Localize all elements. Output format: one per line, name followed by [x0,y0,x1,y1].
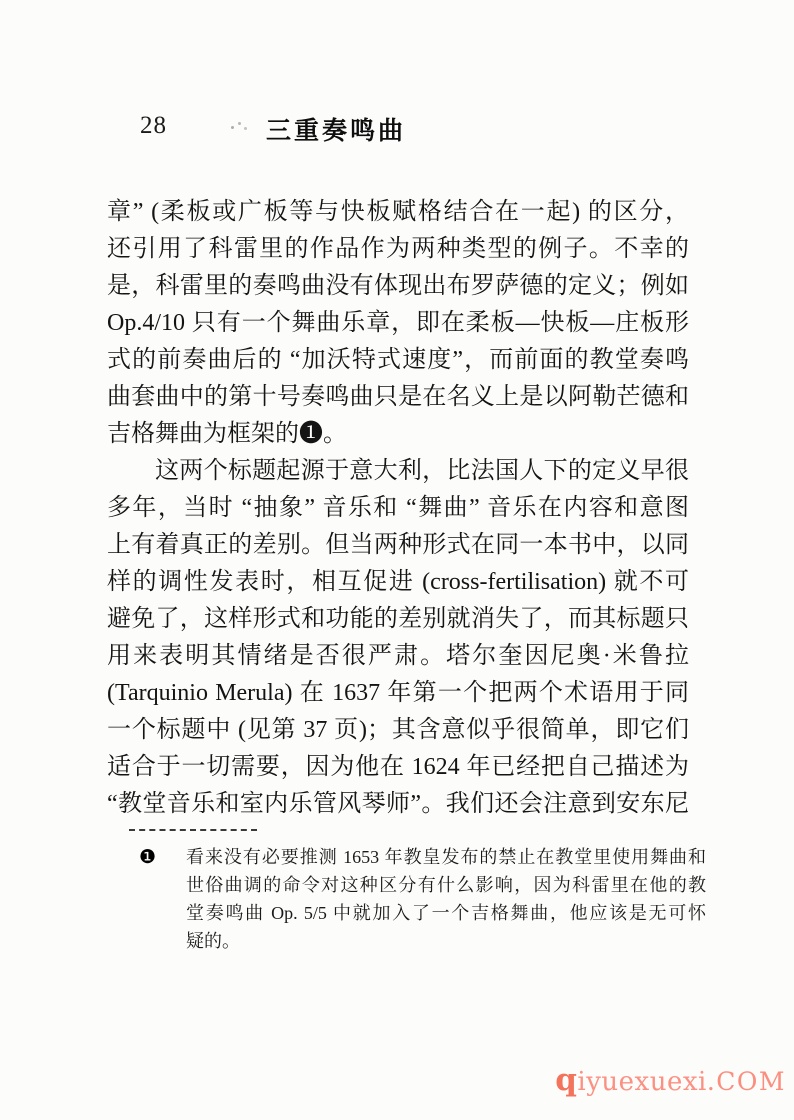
footnote-text: 看来没有必要推测 1653 年教皇发布的禁止在教堂里使用舞曲和 世俗曲调的命令对… [186,843,706,955]
text-line: 还引用了科雷里的作品作为两种类型的例子。不幸的 [107,231,689,268]
text-line: 式的前奏曲后的 “加沃特式速度”，而前面的教堂奏鸣 [107,342,689,379]
text-line: 是，科雷里的奏鸣曲没有体现出布罗萨德的定义；例如 [107,268,689,305]
paragraph-2: 这两个标题起源于意大利，比法国人下的定义早很 多年，当时 “抽象” 音乐和 “舞… [107,453,689,823]
watermark-initial: q [555,1062,577,1098]
footnote-line: 疑的。 [186,927,706,955]
footnote-separator [129,829,257,831]
paragraph-1: 章” (柔板或广板等与快板赋格结合在一起) 的区分， 还引用了科雷里的作品作为两… [107,194,689,453]
text-line: 多年，当时 “抽象” 音乐和 “舞曲” 音乐在内容和意图 [107,490,689,527]
text-line: 上有着真正的差别。但当两种形式在同一本书中，以同 [107,527,689,564]
text-line: 一个标题中 (见第 37 页)；其含意似乎很简单，即它们 [107,712,689,749]
scan-artifact [231,126,234,129]
text-line: 章” (柔板或广板等与快板赋格结合在一起) 的区分， [107,194,689,231]
text-line: 曲套曲中的第十号奏鸣曲只是在名义上是以阿勒芒德和 [107,379,689,416]
text-line: Op.4/10 只有一个舞曲乐章，即在柔板—快板—庄板形 [107,305,689,342]
footnote-marker-icon: ❶ [139,844,156,872]
text-line: 样的调性发表时，相互促进 (cross-fertilisation) 就不可 [107,564,689,601]
text-line-with-footnote-ref: 吉格舞曲为框架的❶。 [107,416,689,453]
book-title: 三重奏鸣曲 [266,111,406,147]
page-number: 28 [140,112,167,140]
text-line: 这两个标题起源于意大利，比法国人下的定义早很 [107,453,689,490]
text-line: “教堂音乐和室内乐管风琴师”。我们还会注意到安东尼 [107,786,689,823]
book-page: 28 三重奏鸣曲 章” (柔板或广板等与快板赋格结合在一起) 的区分， 还引用了… [0,0,794,1120]
footnote-line: 看来没有必要推测 1653 年教皇发布的禁止在教堂里使用舞曲和 [186,843,706,871]
text-line: 避免了，这样形式和功能的差别就消失了，而其标题只 [107,601,689,638]
watermark-domain-suffix: .COM [707,1067,786,1096]
footnote-line: 堂奏鸣曲 Op. 5/5 中就加入了一个吉格舞曲，他应该是无可怀 [186,899,706,927]
footnote-line: 世俗曲调的命令对这种区分有什么影响，因为科雷里在他的教 [186,871,706,899]
site-watermark: qiyuexuexi.COM [555,1062,786,1098]
footnote: ❶ 看来没有必要推测 1653 年教皇发布的禁止在教堂里使用舞曲和 世俗曲调的命… [139,843,707,955]
text-line: (Tarquinio Merula) 在 1637 年第一个把两个术语用于同 [107,675,689,712]
text-line: 适合于一切需要，因为他在 1624 年已经把自己描述为 [107,749,689,786]
main-text: 章” (柔板或广板等与快板赋格结合在一起) 的区分， 还引用了科雷里的作品作为两… [107,194,689,823]
text-line: 用来表明其情绪是否很严肃。塔尔奎因尼奥·米鲁拉 [107,638,689,675]
watermark-text: iyuexuexi [577,1067,706,1097]
